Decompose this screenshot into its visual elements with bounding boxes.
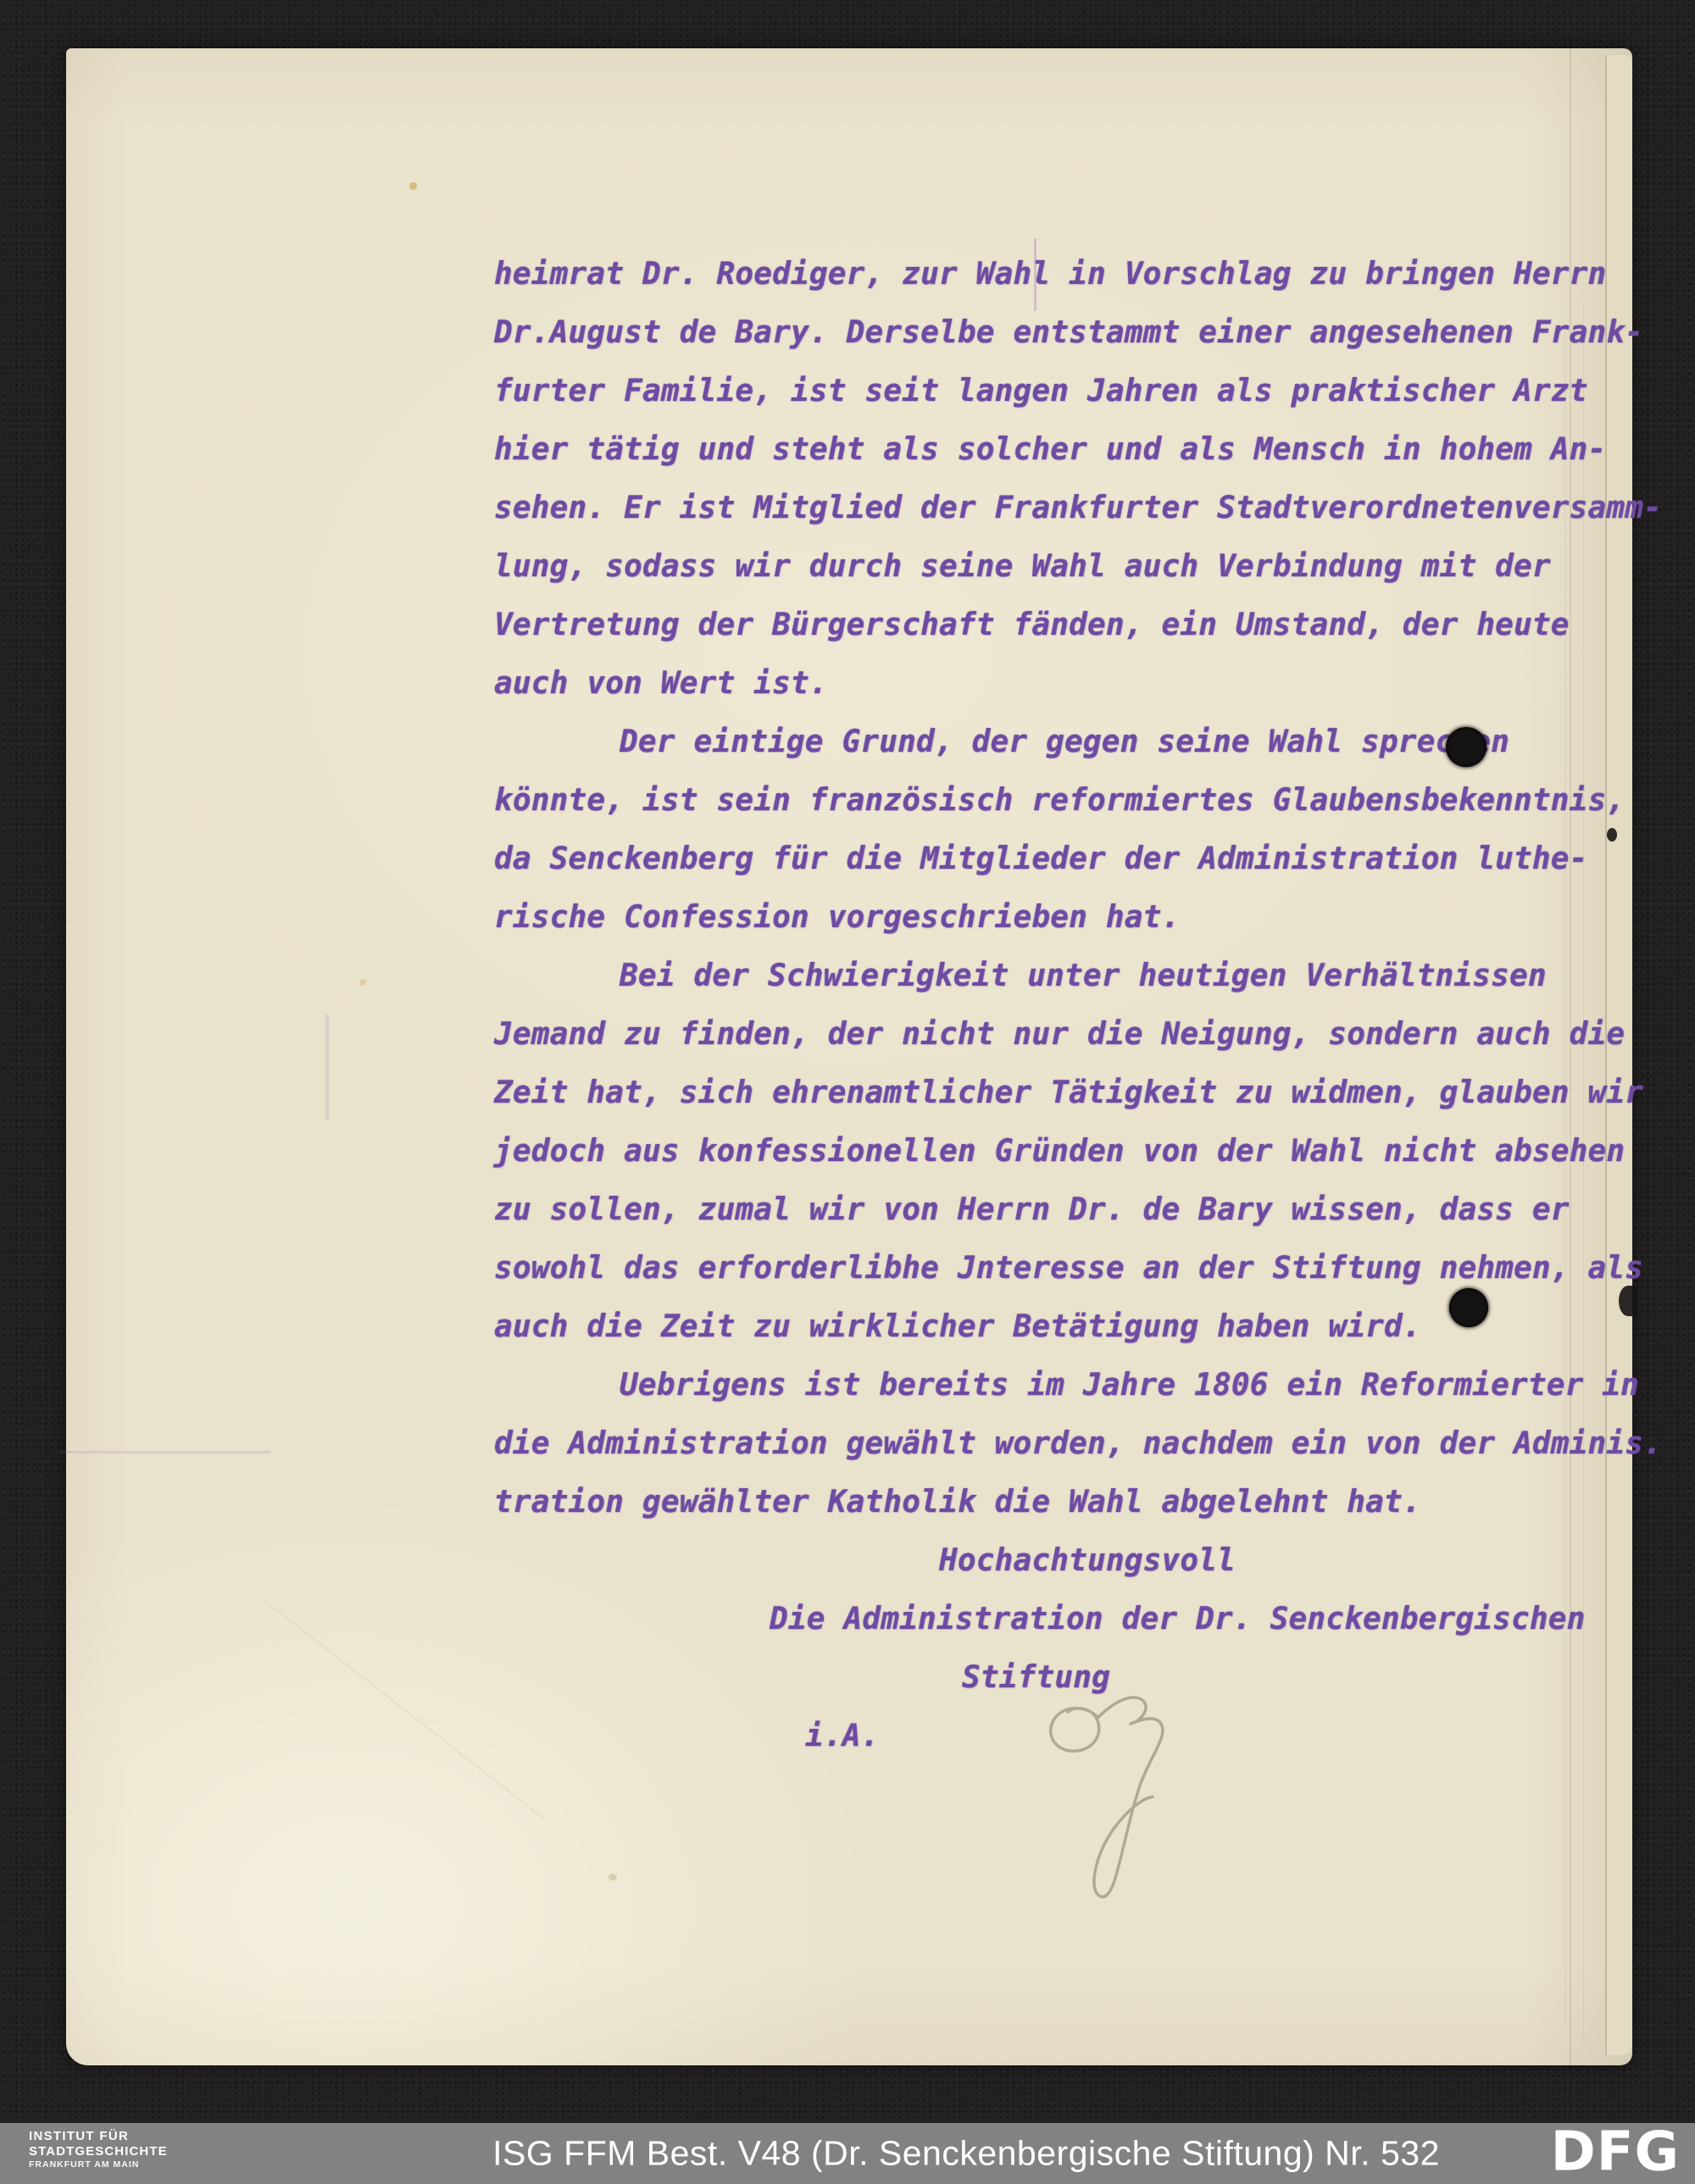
- paper-stain: [609, 1874, 617, 1881]
- paper-stain: [359, 979, 366, 986]
- typed-line-13: Bei der Schwierigkeit unter heutigen Ver…: [494, 947, 1695, 1005]
- typed-line-11: da Senckenberg für die Mitglieder der Ad…: [494, 830, 1695, 888]
- isg-logo: INSTITUT FÜR STADTGESCHICHTE FRANKFURT A…: [29, 2130, 168, 2170]
- handwritten-initials: [1015, 1671, 1270, 1917]
- typed-line-10: könnte, ist sein französisch reformierte…: [494, 771, 1695, 830]
- ink-smear: [1564, 328, 1566, 2023]
- isg-logo-line: FRANKFURT AM MAIN: [29, 2160, 168, 2170]
- typed-line-21: die Administration gewählt worden, nachd…: [494, 1414, 1695, 1473]
- isg-logo-line: STADTGESCHICHTE: [29, 2145, 168, 2158]
- typed-line-19: auch die Zeit zu wirklicher Betätigung h…: [494, 1298, 1695, 1356]
- typed-line-1: heimrat Dr. Roediger, zur Wahl in Vorsch…: [494, 245, 1695, 303]
- typed-line-15: Zeit hat, sich ehrenamtlicher Tätigkeit …: [494, 1064, 1695, 1122]
- dfg-logo: DFG: [1551, 2121, 1680, 2184]
- typed-line-7: Vertretung der Bürgerschaft fänden, ein …: [494, 596, 1695, 654]
- punch-hole-top: [1446, 727, 1487, 767]
- ink-smear: [59, 1451, 271, 1453]
- typed-line-17: zu sollen, zumal wir von Herrn Dr. de Ba…: [494, 1181, 1695, 1239]
- paper-stain: [409, 182, 417, 190]
- typed-line-6: lung, sodass wir durch seine Wahl auch V…: [494, 537, 1695, 596]
- typed-line-16: jedoch aus konfessionellen Gründen von d…: [494, 1122, 1695, 1181]
- ink-smear: [325, 1014, 329, 1120]
- typed-line-14: Jemand zu finden, der nicht nur die Neig…: [494, 1005, 1695, 1064]
- typed-letter-text: heimrat Dr. Roediger, zur Wahl in Vorsch…: [494, 245, 1695, 1765]
- isg-logo-line: INSTITUT FÜR: [29, 2130, 168, 2142]
- paper-stain: [1607, 828, 1617, 842]
- typed-line-23: Hochachtungsvoll: [494, 1531, 1695, 1590]
- typed-line-18: sowohl das erforderlibhe Jnteresse an de…: [494, 1239, 1695, 1298]
- typed-line-22: tration gewählter Katholik die Wahl abge…: [494, 1473, 1695, 1531]
- typed-line-8: auch von Wert ist.: [494, 654, 1695, 713]
- paper-edge-notch: [1619, 1286, 1637, 1316]
- typed-line-4: hier tätig und steht als solcher und als…: [494, 420, 1695, 479]
- typed-line-2: Dr.August de Bary. Derselbe entstammt ei…: [494, 303, 1695, 362]
- typed-line-24: Die Administration der Dr. Senckenbergis…: [494, 1590, 1695, 1648]
- ink-smear: [1034, 238, 1036, 311]
- typed-line-20: Uebrigens ist bereits im Jahre 1806 ein …: [494, 1356, 1695, 1414]
- punch-hole-bottom: [1449, 1288, 1488, 1327]
- archive-reference: ISG FFM Best. V48 (Dr. Senckenbergische …: [492, 2134, 1440, 2174]
- typed-line-9: Der eintige Grund, der gegen seine Wahl …: [494, 713, 1695, 771]
- scan-background: heimrat Dr. Roediger, zur Wahl in Vorsch…: [0, 0, 1695, 2184]
- archive-footer-bar: INSTITUT FÜR STADTGESCHICHTE FRANKFURT A…: [0, 2123, 1695, 2184]
- typed-line-12: rische Confession vorgeschrieben hat.: [494, 888, 1695, 947]
- typed-line-5: sehen. Er ist Mitglied der Frankfurter S…: [494, 479, 1695, 537]
- document-page: heimrat Dr. Roediger, zur Wahl in Vorsch…: [66, 48, 1632, 2065]
- typed-line-3: furter Familie, ist seit langen Jahren a…: [494, 362, 1695, 420]
